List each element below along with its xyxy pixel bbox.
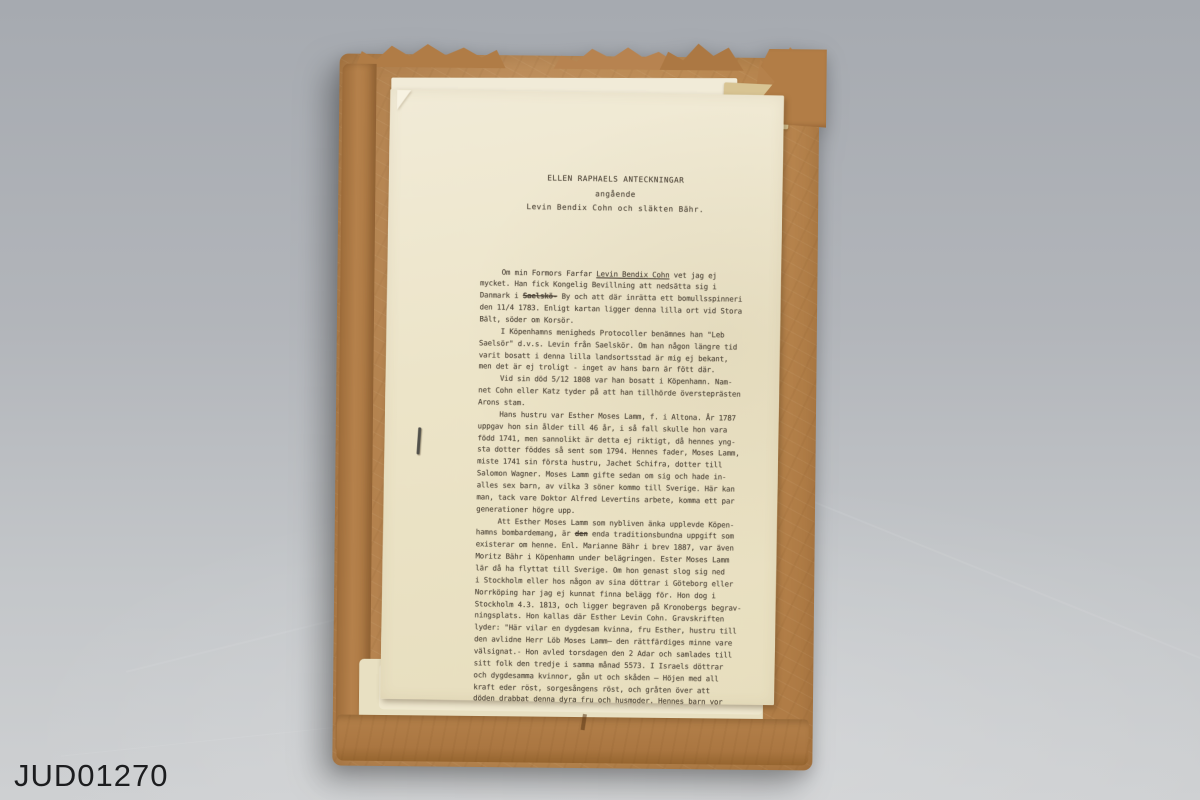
torn-paper-tab [660,42,744,71]
typed-text: ELLEN RAPHAELS ANTECKNINGARangåendeLevin… [472,132,750,747]
backdrop-scratch [61,724,359,756]
museum-photo: { "photo": { "catalog_label": "JUD01270"… [0,0,1200,800]
title-line: Levin Bendix Cohn och släkten Bähr. [481,199,749,218]
typewritten-page: ELLEN RAPHAELS ANTECKNINGARangåendeLevin… [380,89,784,705]
document-title: ELLEN RAPHAELS ANTECKNINGARangåendeLevin… [481,170,750,218]
page-dogear-fold [397,90,411,110]
staple [416,427,420,454]
catalog-number-label: JUD01270 [14,758,168,794]
document-body: Om min Formors Farfar Levin Bendix Cohn … [473,266,748,709]
folder-left-flap [335,64,376,754]
kraft-folder: ELLEN RAPHAELS ANTECKNINGARangåendeLevin… [332,54,819,771]
